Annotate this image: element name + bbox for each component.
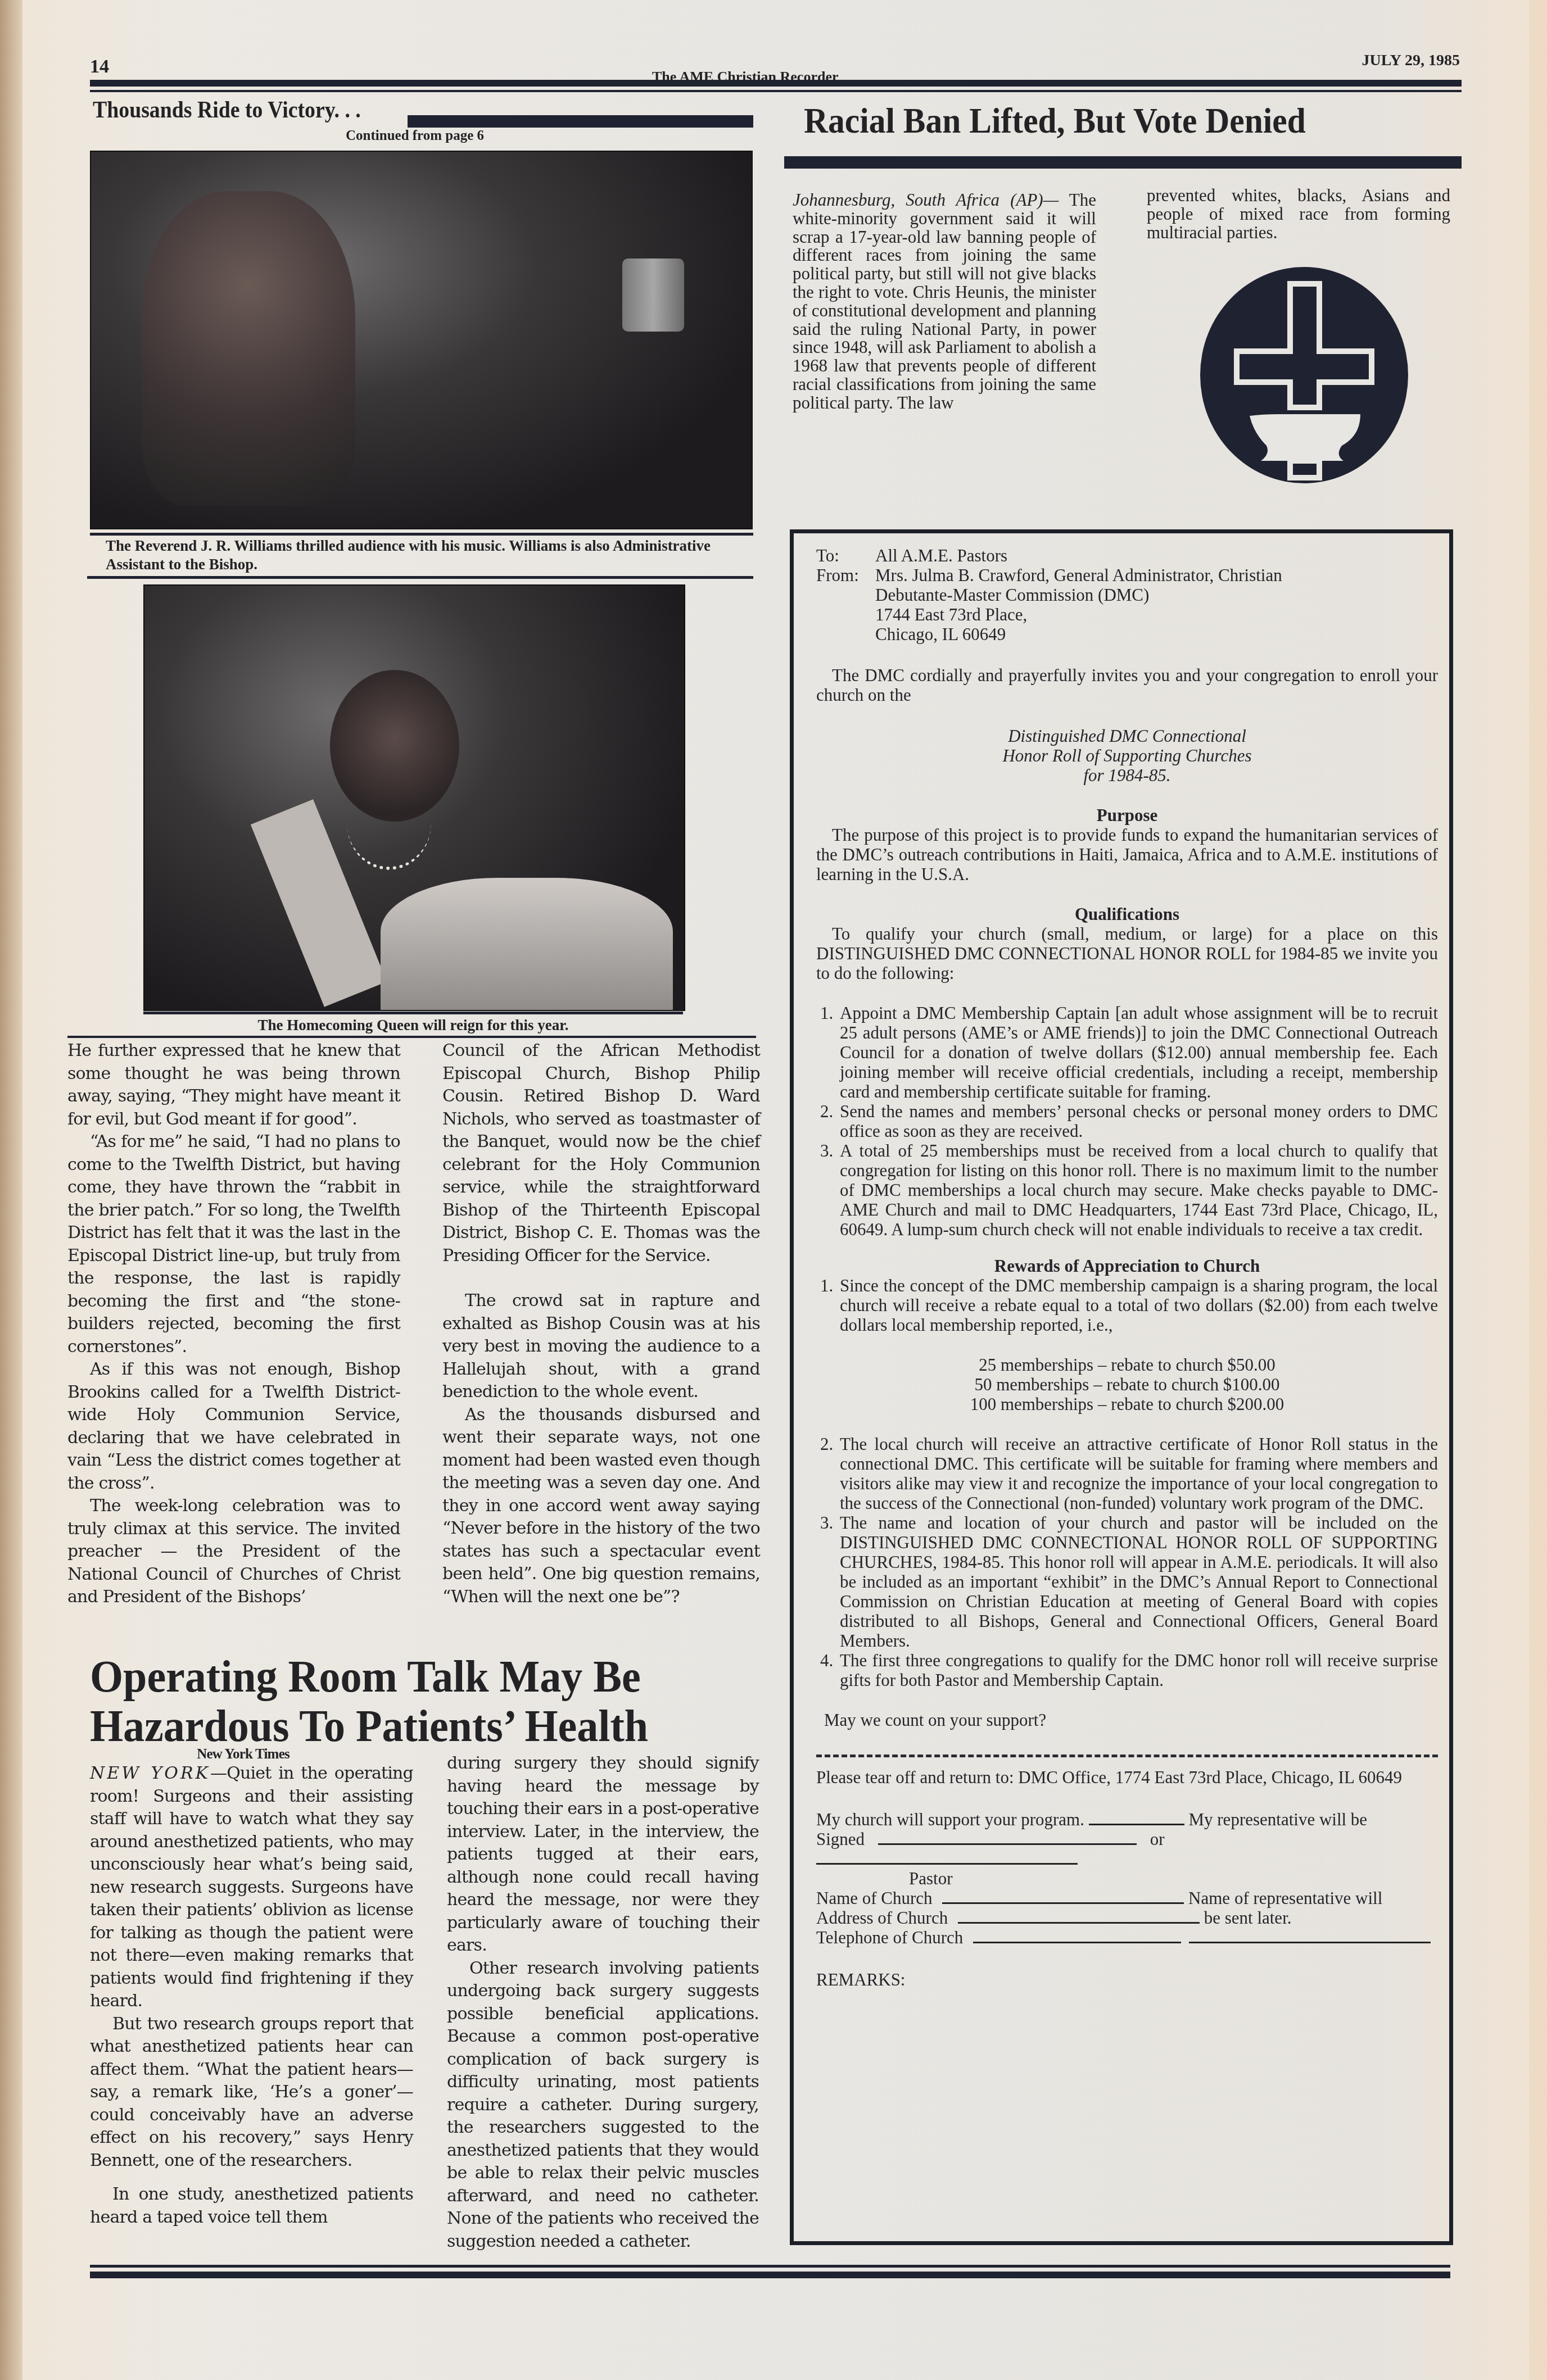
form-row: My church will support your program. My … <box>816 1810 1438 1829</box>
paragraph: “As for me” he said, “I had no plans to … <box>67 1131 400 1358</box>
to-label: To: <box>816 546 875 565</box>
operating-room-column-2: during surgery they should signify havin… <box>447 1752 759 2253</box>
rewards-list-2: The local church will receive an attract… <box>816 1434 1438 1690</box>
photo-dress <box>381 878 673 1011</box>
paragraph: prevented whites, blacks, Asians and peo… <box>1147 185 1450 242</box>
list-item: A total of 25 memberships must be receiv… <box>838 1141 1438 1239</box>
paragraph: He further expressed that he knew that s… <box>67 1040 400 1131</box>
paragraph: The crowd sat in rapture and exhalted as… <box>442 1290 760 1404</box>
paragraph: As the thousands disbursed and went thei… <box>442 1404 760 1609</box>
tear-off-instructions: Please tear off and return to: DMC Offic… <box>816 1767 1438 1787</box>
kicker-bar <box>408 115 753 128</box>
form-row: Telephone of Church <box>816 1928 1438 1947</box>
cross-anvil-icon <box>1200 267 1408 483</box>
rebate-row: 100 memberships – rebate to church $200.… <box>816 1394 1438 1414</box>
closing-question: May we count on your support? <box>816 1710 1438 1730</box>
to-value: All A.M.E. Pastors <box>875 546 1007 565</box>
photo-figure <box>142 191 355 506</box>
headline-line: Hazardous To Patients’ Health <box>90 1702 648 1751</box>
representative-label: My representative will be <box>1188 1810 1367 1829</box>
honor-title-line: Honor Roll of Supporting Churches <box>816 746 1438 765</box>
to-line: To: All A.M.E. Pastors <box>816 546 1438 565</box>
rebate-schedule: 25 memberships – rebate to church $50.00… <box>816 1355 1438 1414</box>
from-line-4: Chicago, IL 60649 <box>875 624 1282 644</box>
from-line-1: Mrs. Julma B. Crawford, General Administ… <box>875 565 1282 585</box>
photo-caption-queen: The Homecoming Queen will reign for this… <box>143 1016 683 1035</box>
paragraph: Council of the African Methodist Episcop… <box>442 1040 760 1267</box>
article-column-2: Council of the African Methodist Episcop… <box>442 1040 760 1608</box>
paragraph: The white-minority government said it wi… <box>793 190 1096 412</box>
list-item: The local church will receive an attract… <box>838 1434 1438 1513</box>
remarks-label: REMARKS: <box>816 1970 1438 1989</box>
list-item: Since the concept of the DMC membership … <box>838 1276 1438 1335</box>
article-column-1: He further expressed that he knew that s… <box>67 1040 400 1609</box>
headline-operating-room: Operating Room Talk May Be Hazardous To … <box>90 1652 648 1751</box>
footer-rule-thick <box>90 2272 1450 2278</box>
support-checkbox-line[interactable] <box>1089 1811 1184 1825</box>
headline-racial-ban: Racial Ban Lifted, But Vote Denied <box>804 100 1306 142</box>
representative-signature-field[interactable] <box>816 1851 1078 1865</box>
support-label: My church will support your program. <box>816 1810 1084 1829</box>
list-item: Send the names and members’ personal che… <box>838 1101 1438 1141</box>
header-rule-thin <box>90 90 1462 92</box>
footer-rule-thin <box>90 2265 1450 2268</box>
signed-label: Signed <box>816 1829 865 1849</box>
paragraph: —Quiet in the operating room! Surgeons a… <box>90 1764 413 2011</box>
church-name-field[interactable] <box>942 1890 1184 1904</box>
from-line-2: Debutante-Master Commission (DMC) <box>875 585 1282 605</box>
caption-rule <box>67 1036 756 1038</box>
rep-name-note-2: be sent later. <box>1204 1908 1292 1928</box>
representative-name-field[interactable] <box>1189 1929 1431 1943</box>
dmc-notice-content: To: All A.M.E. Pastors From: Mrs. Julma … <box>816 546 1438 1989</box>
form-row: Name of Church Name of representative wi… <box>816 1888 1438 1908</box>
church-address-field[interactable] <box>958 1910 1200 1924</box>
photo-reverend-williams: Man in glasses and suit at banquet table <box>90 151 753 529</box>
caption-rule <box>87 576 753 579</box>
paragraph: In one study, anesthetized patients hear… <box>90 2183 413 2229</box>
dateline: Johannesburg, South Africa (AP)— <box>793 190 1059 210</box>
from-label: From: <box>816 565 875 644</box>
or-label: or <box>1150 1829 1165 1849</box>
church-telephone-label: Telephone of Church <box>816 1928 963 1947</box>
form-row: Signed or <box>816 1829 1438 1869</box>
photo-pitcher <box>622 259 684 332</box>
kicker-headline: Thousands Ride to Victory. . . <box>93 97 361 124</box>
rewards-heading: Rewards of Appreciation to Church <box>816 1256 1438 1276</box>
paragraph: But two research groups report that what… <box>90 2013 413 2173</box>
headline-line: Operating Room Talk May Be <box>90 1652 648 1702</box>
cross-icon <box>1200 267 1408 483</box>
paragraph: As if this was not enough, Bishop Brooki… <box>67 1358 400 1495</box>
church-name-label: Name of Church <box>816 1888 933 1908</box>
paragraph: The week-long celebration was to truly c… <box>67 1495 400 1609</box>
caption-rule <box>143 1012 683 1014</box>
dmc-notice-box: To: All A.M.E. Pastors From: Mrs. Julma … <box>790 529 1453 2245</box>
tear-off-line[interactable] <box>816 1755 1438 1757</box>
paper-edge-right <box>1529 0 1547 2380</box>
paper-edge-left <box>0 0 22 2380</box>
list-item: Appoint a DMC Membership Captain [an adu… <box>838 1003 1438 1101</box>
wire-source: New York Times <box>73 1747 413 1762</box>
qualifications-intro: To qualify your church (small, medium, o… <box>816 924 1438 983</box>
photo-homecoming-queen: Homecoming Queen wearing sash and pearl … <box>143 584 685 1011</box>
header-rule-thick <box>90 80 1462 87</box>
pastor-label: Pastor <box>816 1869 1438 1888</box>
form-row: Address of Church be sent later. <box>816 1908 1438 1928</box>
rep-name-note: Name of representative will <box>1188 1888 1382 1908</box>
continued-note: Continued from page 6 <box>346 128 484 144</box>
rebate-row: 50 memberships – rebate to church $100.0… <box>816 1375 1438 1394</box>
honor-title-line: for 1984-85. <box>816 765 1438 785</box>
honor-title-line: Distinguished DMC Connectional <box>816 726 1438 746</box>
racial-ban-column-1: Johannesburg, South Africa (AP)— The whi… <box>793 191 1096 412</box>
qualifications-heading: Qualifications <box>816 904 1438 924</box>
rewards-list-1: Since the concept of the DMC membership … <box>816 1276 1438 1335</box>
paragraph: during surgery they should signify havin… <box>447 1752 759 1957</box>
honor-roll-title: Distinguished DMC Connectional Honor Rol… <box>816 726 1438 785</box>
operating-room-column-1: New York Times NEW YORK—Quiet in the ope… <box>90 1747 413 2229</box>
church-address-label: Address of Church <box>816 1908 948 1928</box>
photo-necklace <box>347 777 431 870</box>
racial-ban-column-2: prevented whites, blacks, Asians and peo… <box>1147 187 1450 242</box>
caption-rule <box>90 533 753 536</box>
pastor-signature-field[interactable] <box>878 1831 1137 1845</box>
purpose-text: The purpose of this project is to provid… <box>816 825 1438 884</box>
purpose-heading: Purpose <box>816 805 1438 825</box>
page-number: 14 <box>90 56 109 78</box>
church-telephone-field[interactable] <box>973 1929 1181 1943</box>
from-line-3: 1744 East 73rd Place, <box>875 605 1282 624</box>
issue-date: JULY 29, 1985 <box>1361 52 1460 70</box>
photo-caption-williams: The Reverend J. R. Williams thrilled aud… <box>106 537 741 574</box>
invite-paragraph: The DMC cordially and prayerfully invite… <box>816 665 1438 705</box>
list-item: The first three congregations to qualify… <box>838 1651 1438 1690</box>
paragraph: Other research involving patients underg… <box>447 1957 759 2254</box>
response-form: My church will support your program. My … <box>816 1810 1438 1989</box>
rebate-row: 25 memberships – rebate to church $50.00 <box>816 1355 1438 1375</box>
headline-bar <box>784 156 1462 169</box>
list-item: The name and location of your church and… <box>838 1513 1438 1651</box>
from-line: From: Mrs. Julma B. Crawford, General Ad… <box>816 565 1438 644</box>
dateline: NEW YORK <box>90 1764 210 1783</box>
qualifications-list: Appoint a DMC Membership Captain [an adu… <box>816 1003 1438 1239</box>
